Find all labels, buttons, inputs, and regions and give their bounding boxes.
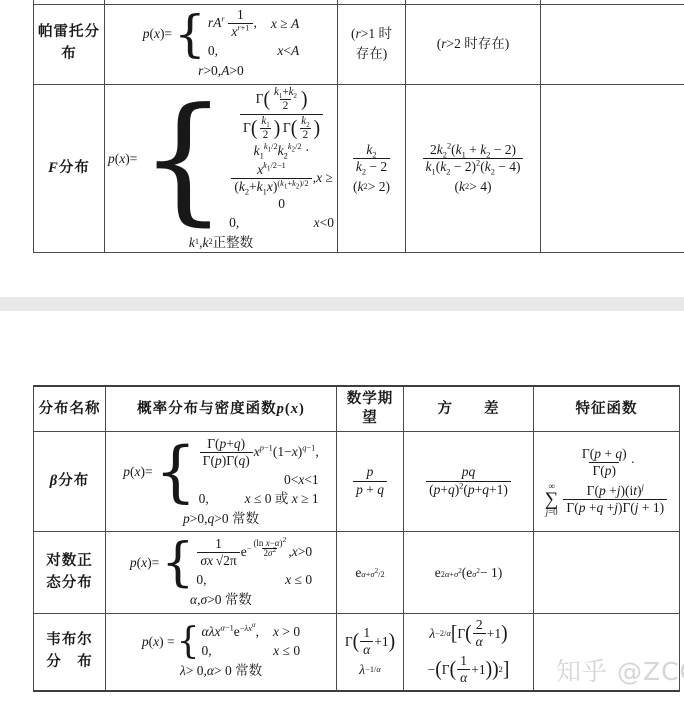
header-characteristic-function: 特征函数 [534, 387, 679, 432]
cell-lognormal-name: 对数正态分布 [34, 532, 106, 614]
cell-pareto-variance: (r>2 时存在) [406, 3, 541, 85]
cell-pareto-density: p(x)= {rAr 1xr+1,x ≥ A0,x<Ar>0,A>0 [105, 3, 338, 85]
distribution-table-top: 帕雷托分布 p(x)= {rAr 1xr+1,x ≥ A0,x<Ar>0,A>0… [33, 0, 684, 253]
cell-beta-variance: pq(p+q)2(p+q+1) [404, 432, 534, 532]
cell-f-name: F 分布 [34, 85, 105, 253]
header-variance: 方 差 [404, 387, 534, 432]
header-density-function: 概率分布与密度函数 p(x) [106, 387, 337, 432]
cell-beta-mean: pp + q [337, 432, 404, 532]
distribution-table-main: 分布名称 概率分布与密度函数 p(x) 数学期望 方 差 特征函数 β 分布 p… [33, 385, 680, 692]
cell-lognormal-mean: eα+σ2/2 [337, 532, 404, 614]
cell-f-variance: 2k22(k1 + k2 − 2)k1(k2 − 2)2(k2 − 4)(k2 … [406, 85, 541, 253]
cell-f-charfn [541, 85, 684, 253]
header-expectation: 数学期望 [337, 387, 404, 432]
cell-beta-name: β 分布 [34, 432, 106, 532]
cell-pareto-mean: (r>1 时存在) [338, 3, 406, 85]
cell-weibull-mean: Γ(1α+1)λ−1/α [337, 614, 404, 690]
cell-weibull-name: 韦布尔分 布 [34, 614, 106, 690]
cell-f-mean: k2k2 − 2(k2 > 2) [338, 85, 406, 253]
cell-f-density: p(x)= {Γ(k1+k22)Γ(k12) Γ(k22)k1k1/2k2k2/… [105, 85, 338, 253]
cell-beta-charfn: Γ(p + q)Γ(p) ·∞∑j=0Γ(p +j)(it)jΓ(p +q +j… [534, 432, 679, 532]
cell-weibull-density: p(x) = {αλxα−1e−λxα,x > 00,x ≤ 0λ > 0,α … [106, 614, 337, 690]
separator-band [0, 297, 684, 311]
cell-lognormal-density: p(x)= {1σx √2πe−(ln x−α)22σ2,x>00,x ≤ 0α… [106, 532, 337, 614]
watermark: 知乎 @ZCC [556, 652, 684, 688]
header-distribution-name: 分布名称 [34, 387, 106, 432]
cell-weibull-variance: λ−2/α[Γ(2α+1)−(Γ(1α+1))2] [404, 614, 534, 690]
cell-lognormal-variance: e2α+σ2(eσ2 − 1) [404, 532, 534, 614]
cell-lognormal-charfn [534, 532, 679, 614]
cell-beta-density: p(x)= {Γ(p+q)Γ(p)Γ(q)xp−1(1−x)q−1,0<x<10… [106, 432, 337, 532]
cell-pareto-name: 帕雷托分布 [34, 3, 105, 85]
cell-pareto-charfn [541, 3, 684, 85]
